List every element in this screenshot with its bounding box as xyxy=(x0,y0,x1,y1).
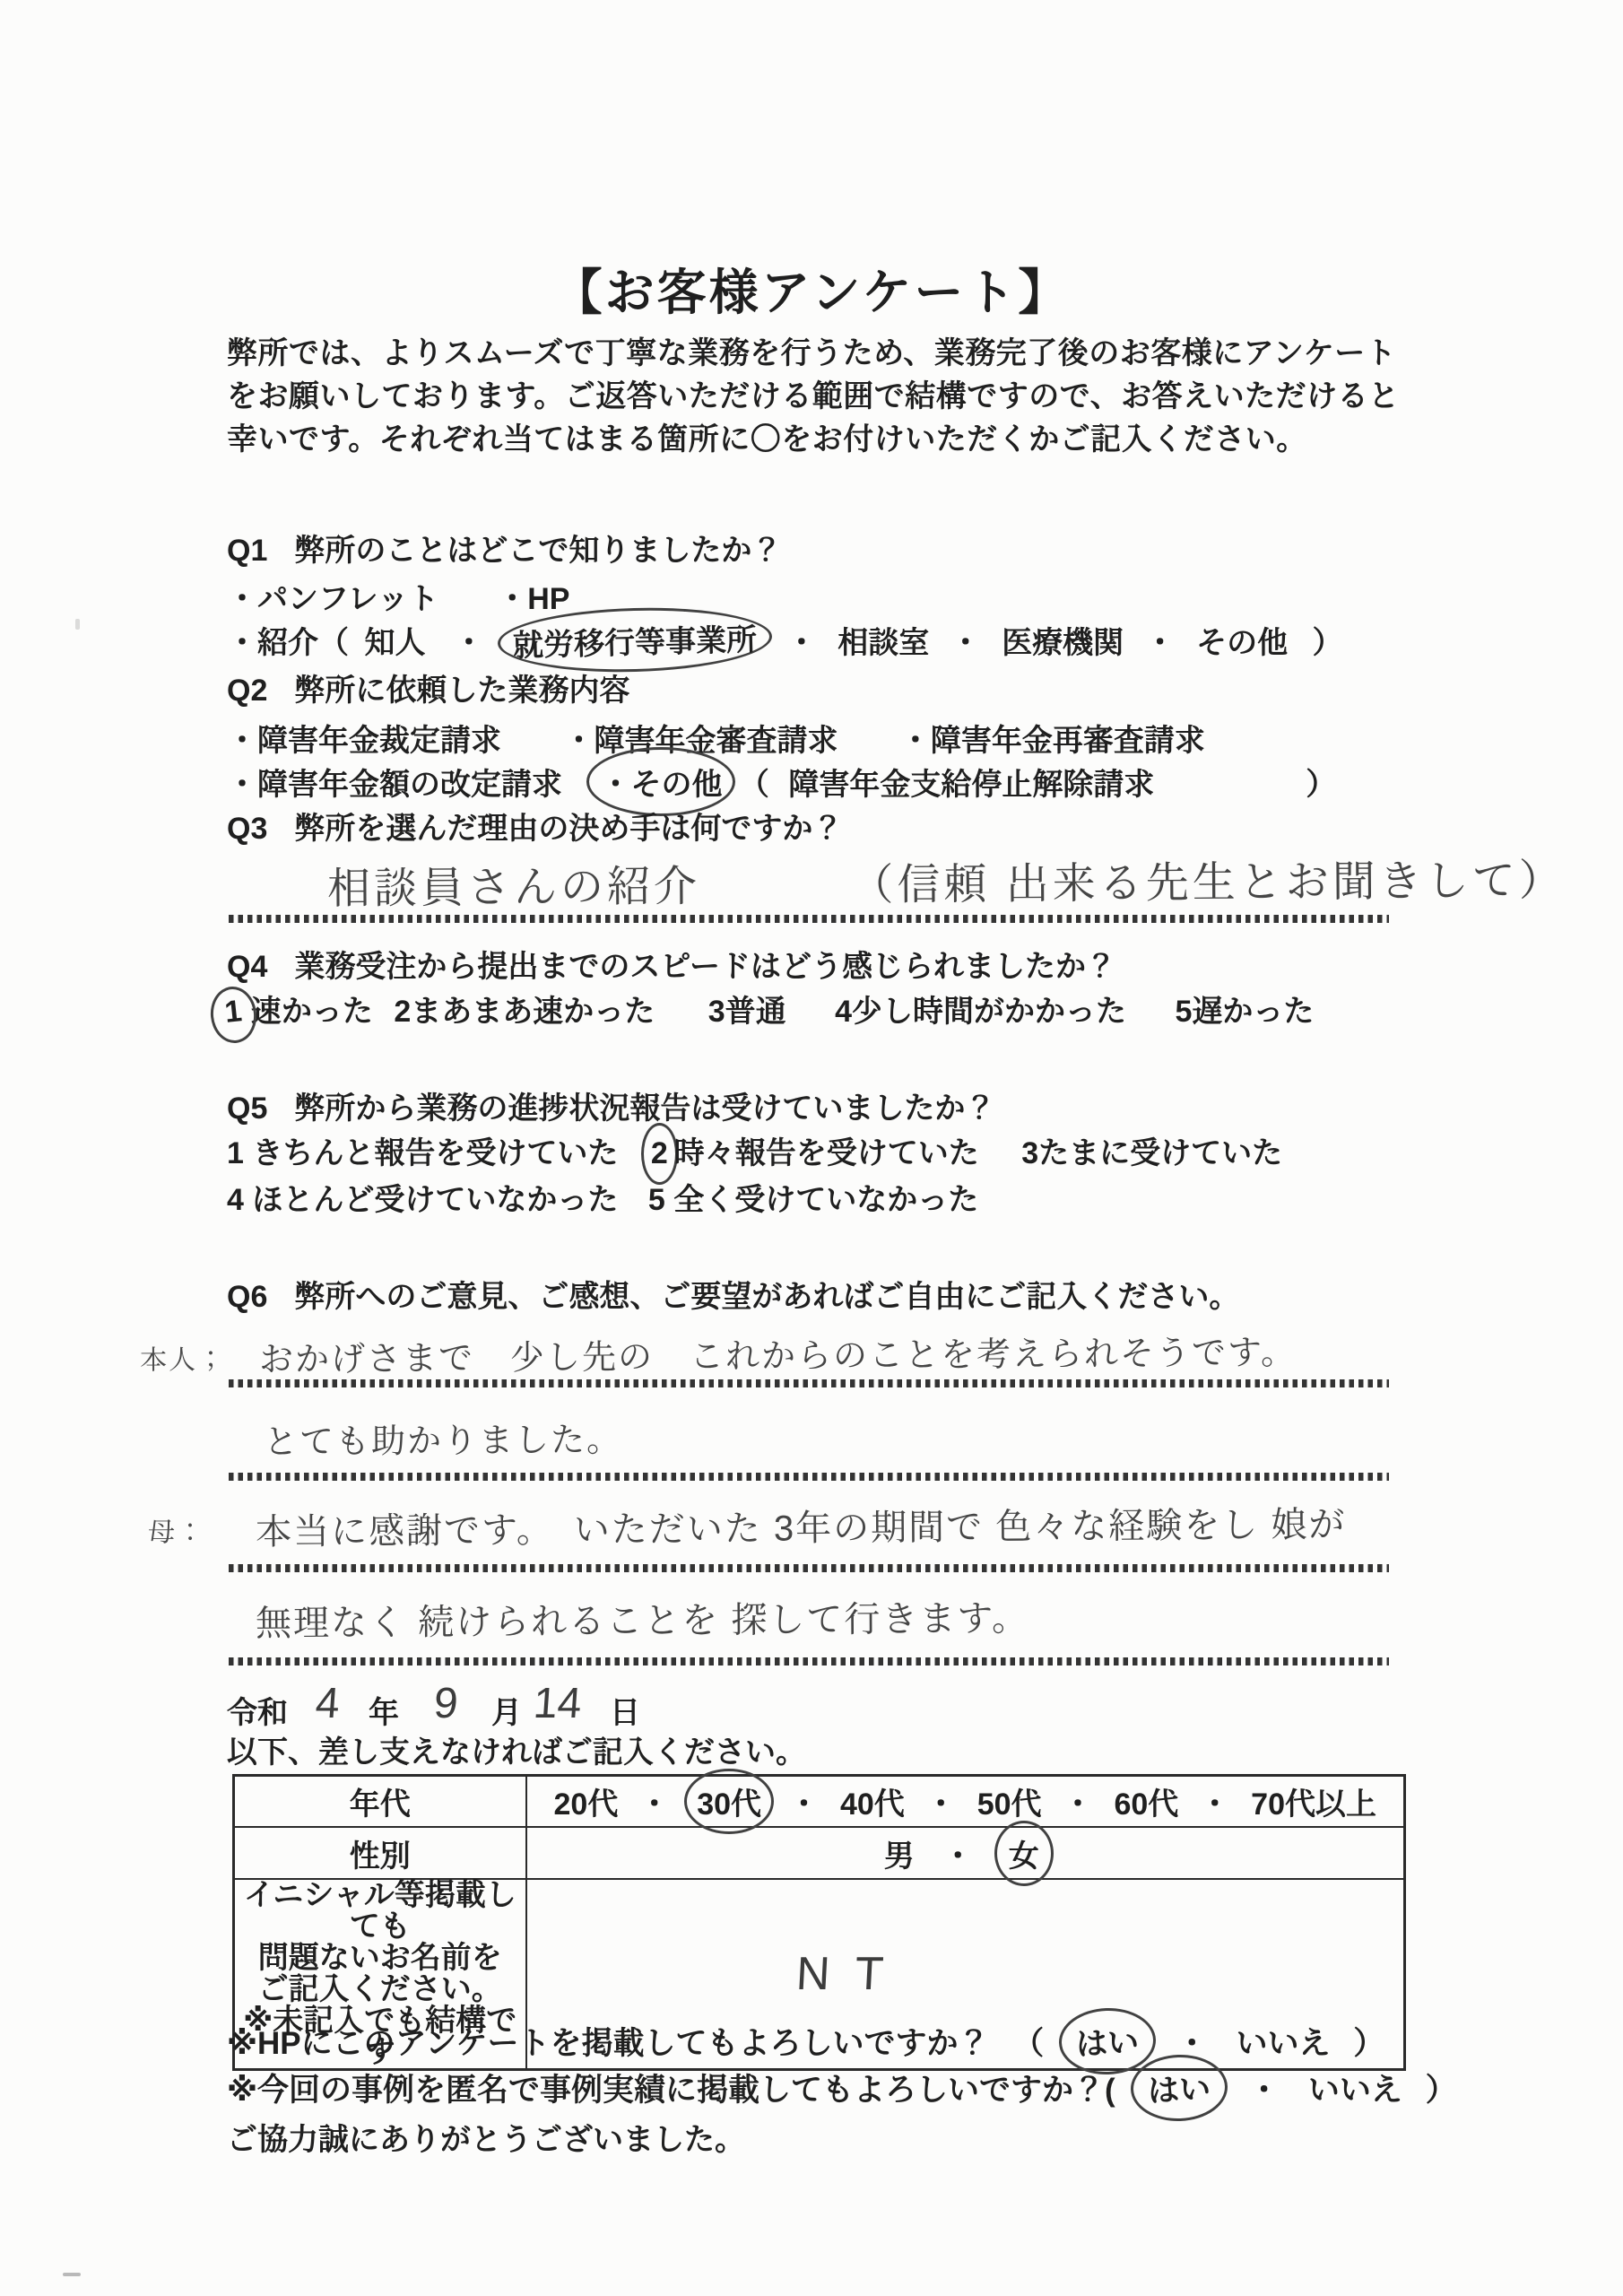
consent-hp-question: ※HPにこのアンケートを掲載してもよろしいですか？ xyxy=(227,2026,990,2061)
dotted-separator xyxy=(229,1473,1389,1481)
q2-question: Q2弊所に依頼した業務内容 xyxy=(227,665,1488,709)
q3-answer-text: 相談員さんの紹介 xyxy=(327,863,700,913)
q4-option-3-label: 普通 xyxy=(725,995,786,1029)
q4-option-1-num: 1 xyxy=(223,994,244,1030)
q6-answer-3: 母： 本当に感謝です。 いただいた 3年の期間で 色々な経験をし 娘が xyxy=(227,1495,1488,1555)
q6-answer-1-writer: 本人； xyxy=(140,1337,226,1378)
name-header-line: イニシャル等掲載しても xyxy=(235,1880,525,1943)
q4-option-3: 3普通 xyxy=(708,995,786,1029)
separator-dot: ・ xyxy=(639,1787,670,1822)
q5-option-2: 2時々報告を受けていた xyxy=(645,1136,979,1170)
q4-option-2-label: まあまあ速かった xyxy=(411,995,655,1029)
q1-referral-employment-office: 就労移行等事業所 xyxy=(513,622,758,663)
handwritten-circle-case-yes: はい xyxy=(1130,2053,1229,2123)
q3-question: Q3弊所を選んだ理由の決め手は何ですか？ xyxy=(227,804,1488,848)
q1-number: Q1 xyxy=(227,534,267,569)
q5-number: Q5 xyxy=(227,1091,267,1126)
intro-paragraph: 弊所では、よりスムーズで丁寧な業務を行うため、業務完了後のお客様にアンケート を… xyxy=(227,332,1488,461)
age-30s: 30代 xyxy=(697,1787,761,1822)
q5-option-1-label: きちんと報告を受けていた xyxy=(244,1136,618,1170)
q6-answer-1-text: おかげさまで 少し先の これからのことを考えられそうです。 xyxy=(259,1335,1297,1379)
q4-option-5: 5遅かった xyxy=(1176,995,1315,1029)
handwritten-circle-q4: 1 xyxy=(208,985,259,1046)
gender-male: 男 xyxy=(884,1839,915,1874)
dotted-separator xyxy=(229,1657,1389,1665)
q6-answer-3-text: 本当に感謝です。 いただいた 3年の期間で 色々な経験をし 娘が xyxy=(256,1505,1347,1552)
table-row-gender: 性別 男 ・ 女 xyxy=(234,1827,1405,1879)
q6-answer-2: とても助かりました。 xyxy=(227,1405,1488,1464)
q2-option-teishi: 障害年金支給停止解除請求 xyxy=(788,768,1154,802)
q5-option-4-num: 4 xyxy=(227,1183,244,1217)
q4-question-text: 業務受注から提出までのスピードはどう感じられましたか？ xyxy=(294,950,1116,984)
date-day-unit: 日 xyxy=(610,1688,640,1732)
separator-dot: ・ xyxy=(1200,1787,1230,1822)
q5-options-row1: 1 きちんと報告を受けていた 2時々報告を受けていた 3たまに受けていた xyxy=(227,1128,1488,1174)
q3-handwritten-answer: 相談員さんの紹介 （信頼 出来る先生とお聞きして） xyxy=(227,846,1488,917)
separator-dot: ・ xyxy=(925,1787,956,1822)
gender-female: 女 xyxy=(1009,1839,1039,1874)
q4-options: 1速かった 2まあまあ速かった 3普通 4少し時間がかかった 5遅かった xyxy=(227,987,1488,1032)
page-title: 【お客様アンケート】 xyxy=(0,253,1623,324)
q5-option-4: 4 ほとんど受けていなかった xyxy=(227,1183,618,1217)
q6-answer-1: 本人； おかげさまで 少し先の これからのことを考えられそうです。 xyxy=(227,1323,1488,1381)
dotted-separator xyxy=(229,1379,1389,1387)
q2-question-text: 弊所に依頼した業務内容 xyxy=(294,674,629,708)
q2-option-saishinsa: ・障害年金再審査請求 xyxy=(900,724,1205,758)
separator-dot: ・ xyxy=(789,1787,820,1822)
q1-referral-other: その他 xyxy=(1196,626,1288,660)
q5-option-4-label: ほとんど受けていなかった xyxy=(244,1183,618,1217)
close-paren: ） xyxy=(1426,2073,1457,2108)
q1-referral-acquaintance: 知人 xyxy=(364,626,425,660)
q3-question-text: 弊所を選んだ理由の決め手は何ですか？ xyxy=(294,812,843,846)
age-header: 年代 xyxy=(234,1776,526,1828)
q4-option-3-num: 3 xyxy=(708,995,725,1029)
q1-option-hp: ・HP xyxy=(497,582,569,616)
separator-dot: ・ xyxy=(1145,626,1176,660)
q4-number: Q4 xyxy=(227,950,267,985)
q3-number: Q3 xyxy=(227,812,267,847)
date-year-unit: 年 xyxy=(369,1688,399,1732)
q5-option-5: 5 全く受けていなかった xyxy=(648,1183,978,1217)
age-70s-plus: 70代以上 xyxy=(1251,1787,1376,1822)
q2-option-other: ・その他 xyxy=(600,768,722,802)
gender-header: 性別 xyxy=(234,1827,526,1879)
age-20s: 20代 xyxy=(554,1787,619,1822)
q1-referral-counseling-room: 相談室 xyxy=(838,626,929,660)
q5-option-3: 3たまに受けていた xyxy=(1021,1136,1282,1170)
age-40s: 40代 xyxy=(840,1787,905,1822)
separator-dot: ・ xyxy=(454,626,484,660)
consent-case-line: ※今回の事例を匿名で事例実績に掲載してもよろしいですか？( はい ・ いいえ ） xyxy=(227,2063,1488,2113)
q5-option-1: 1 きちんと報告を受けていた xyxy=(227,1136,618,1170)
q5-option-3-label: たまに受けていた xyxy=(1038,1136,1282,1170)
q2-close-paren: ） xyxy=(1306,768,1336,802)
handwritten-circle-gender: 女 xyxy=(994,1821,1054,1886)
q5-question: Q5弊所から業務の進捗状況報告は受けていましたか？ xyxy=(227,1083,1488,1127)
consent-hp-no: いいえ xyxy=(1237,2026,1331,2061)
customer-survey-scan: 【お客様アンケート】 弊所では、よりスムーズで丁寧な業務を行うため、業務完了後の… xyxy=(0,0,1623,2296)
q6-question: Q6弊所へのご意見、ご感想、ご要望があればご自由にご記入ください。 xyxy=(227,1272,1488,1316)
open-paren: （ xyxy=(1012,2026,1044,2061)
name-header-line: 問題ないお名前を xyxy=(235,1943,525,1974)
q1-referral-prefix: ・紹介（ xyxy=(227,626,349,660)
thanks-line: ご協力誠にありがとうございました。 xyxy=(227,2115,1488,2159)
consent-hp-line: ※HPにこのアンケートを掲載してもよろしいですか？ （ はい ・ いいえ ） xyxy=(227,2016,1488,2066)
scan-mark xyxy=(63,2273,81,2276)
scan-mark xyxy=(75,619,80,630)
intro-line: 弊所では、よりスムーズで丁寧な業務を行うため、業務完了後のお客様にアンケート xyxy=(227,332,1488,375)
intro-line: 幸いです。それぞれ当てはまる箇所に〇をお付けいただくかご記入ください。 xyxy=(227,418,1488,461)
q4-option-4: 4少し時間がかかった xyxy=(835,995,1126,1029)
q5-option-3-num: 3 xyxy=(1021,1136,1038,1170)
date-day-value: 14 xyxy=(532,1679,583,1728)
q4-option-5-label: 遅かった xyxy=(1192,995,1314,1029)
q2-option-kaitei: ・障害年金額の改定請求 xyxy=(227,768,562,802)
q1-options-row1: ・パンフレット ・HP xyxy=(227,574,1488,618)
name-value-handwritten: NT xyxy=(794,1947,909,2001)
q2-option-saitei: ・障害年金裁定請求 xyxy=(227,724,501,758)
age-options: 20代 ・ 30代 ・ 40代 ・ 50代 ・ 60代 ・ 70代以上 xyxy=(526,1776,1405,1828)
q4-option-4-num: 4 xyxy=(835,995,852,1029)
handwritten-circle-age: 30代 xyxy=(684,1769,774,1834)
q5-option-2-label: 時々報告を受けていた xyxy=(674,1136,979,1170)
q6-answer-4-text: 無理なく 続けられることを 探して行きます。 xyxy=(256,1599,1029,1644)
q1-question: Q1弊所のことはどこで知りましたか？ xyxy=(227,526,1488,570)
q2-options-row2: ・障害年金額の改定請求 ・その他 （ 障害年金支給停止解除請求 ） xyxy=(227,757,1488,806)
intro-line: をお願いしております。ご返答いただける範囲で結構ですので、お答えいただけると xyxy=(227,375,1488,418)
dotted-separator xyxy=(229,915,1389,923)
date-month-unit: 月 xyxy=(491,1688,522,1732)
q6-answer-2-text: とても助かりました。 xyxy=(264,1422,622,1462)
q6-number: Q6 xyxy=(227,1280,267,1315)
q1-referral-close-paren: ） xyxy=(1313,626,1343,660)
q6-answer-3-writer: 母： xyxy=(148,1509,205,1549)
separator-dot: ・ xyxy=(786,626,817,660)
q5-option-5-label: 全く受けていなかった xyxy=(665,1183,978,1217)
q4-question: Q4業務受注から提出までのスピードはどう感じられましたか？ xyxy=(227,942,1488,986)
q2-options-row1: ・障害年金裁定請求 ・障害年金審査請求 ・障害年金再審査請求 xyxy=(227,716,1488,760)
separator-dot: ・ xyxy=(950,626,981,660)
q1-option-pamphlet: ・パンフレット xyxy=(227,582,438,616)
separator-dot: ・ xyxy=(1063,1787,1093,1822)
age-60s: 60代 xyxy=(1114,1787,1178,1822)
q5-options-row2: 4 ほとんど受けていなかった 5 全く受けていなかった xyxy=(227,1175,1488,1219)
separator-dot: ・ xyxy=(1248,2073,1280,2108)
table-row-age: 年代 20代 ・ 30代 ・ 40代 ・ 50代 ・ 60代 ・ 70代以上 xyxy=(234,1776,1405,1828)
q2-number: Q2 xyxy=(227,674,267,709)
close-paren: ） xyxy=(1353,2026,1384,2061)
q1-options-referral: ・紹介（ 知人 ・ 就労移行等事業所 ・ 相談室 ・ 医療機関 ・ その他 ） xyxy=(227,615,1488,665)
q4-option-2: 2まあまあ速かった xyxy=(394,995,655,1029)
q4-option-1: 1速かった xyxy=(227,995,373,1029)
consent-case-question: ※今回の事例を匿名で事例実績に掲載してもよろしいですか？( xyxy=(227,2073,1115,2108)
age-50s: 50代 xyxy=(977,1787,1042,1822)
dotted-separator xyxy=(229,1564,1389,1572)
q4-option-1-label: 速かった xyxy=(251,995,373,1029)
q5-question-text: 弊所から業務の進捗状況報告は受けていましたか？ xyxy=(294,1091,995,1126)
consent-case-no: いいえ xyxy=(1308,2073,1402,2108)
q1-referral-medical: 医療機関 xyxy=(1002,626,1124,660)
q5-option-5-num: 5 xyxy=(648,1183,665,1217)
q5-option-2-num: 2 xyxy=(651,1136,668,1170)
q6-question-text: 弊所へのご意見、ご感想、ご要望があればご自由にご記入ください。 xyxy=(294,1280,1239,1314)
name-header-line: ご記入ください。 xyxy=(235,1974,525,2005)
q3-answer-note: （信頼 出来る先生とお聞きして） xyxy=(850,857,1566,909)
q5-option-1-num: 1 xyxy=(227,1136,244,1170)
date-year-value: 4 xyxy=(314,1679,342,1728)
separator-dot: ・ xyxy=(942,1839,973,1874)
q1-question-text: 弊所のことはどこで知りましたか？ xyxy=(294,534,782,568)
gender-options: 男 ・ 女 xyxy=(526,1827,1405,1879)
q6-answer-4: 無理なく 続けられることを 探して行きます。 xyxy=(227,1587,1488,1647)
date-era: 令和 xyxy=(227,1688,288,1732)
date-month-value: 9 xyxy=(432,1679,460,1728)
q4-option-5-num: 5 xyxy=(1176,995,1193,1029)
profile-note: 以下、差し支えなければご記入ください。 xyxy=(227,1727,1488,1771)
q4-option-4-label: 少し時間がかかった xyxy=(852,995,1126,1029)
consent-hp-yes: はい xyxy=(1075,2025,1139,2062)
q4-option-2-num: 2 xyxy=(394,995,411,1029)
q2-open-paren: （ xyxy=(739,768,769,802)
consent-case-yes: はい xyxy=(1148,2072,1211,2109)
